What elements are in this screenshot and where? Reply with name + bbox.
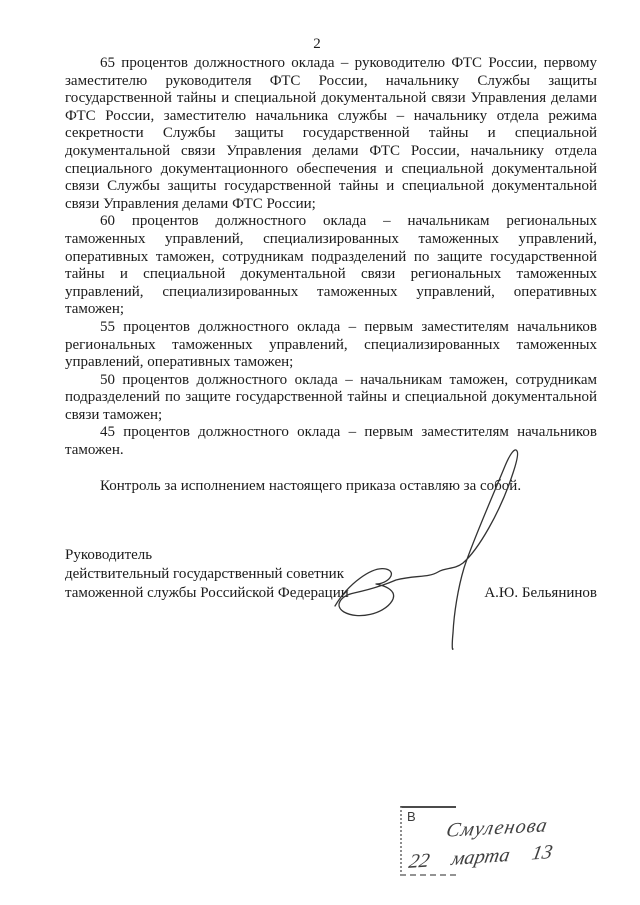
paragraph-45-percent: 45 процентов должностного оклада – первы…: [65, 424, 597, 459]
handwritten-name: Смуленова: [444, 814, 550, 842]
page-number: 2: [0, 36, 634, 53]
paragraph-55-percent: 55 процентов должностного оклада – первы…: [65, 319, 597, 372]
signer-title-line-1: Руководитель: [65, 546, 597, 565]
paragraph-65-percent: 65 процентов должностного оклада – руков…: [65, 55, 597, 213]
paragraph-50-percent: 50 процентов должностного оклада – начал…: [65, 372, 597, 425]
signature-block: Руководитель действительный государствен…: [65, 546, 597, 603]
control-sentence: Контроль за исполнением настоящего прика…: [65, 478, 597, 496]
stamp-letter: В: [407, 809, 416, 824]
document-page: 2 65 процентов должностного оклада – рук…: [0, 0, 640, 905]
document-body: 65 процентов должностного оклада – руков…: [65, 55, 597, 495]
signer-name: А.Ю. Бельянинов: [484, 584, 597, 603]
paragraph-60-percent: 60 процентов должностного оклада – начал…: [65, 213, 597, 319]
signer-title-line-2: действительный государственный советник: [65, 565, 597, 584]
